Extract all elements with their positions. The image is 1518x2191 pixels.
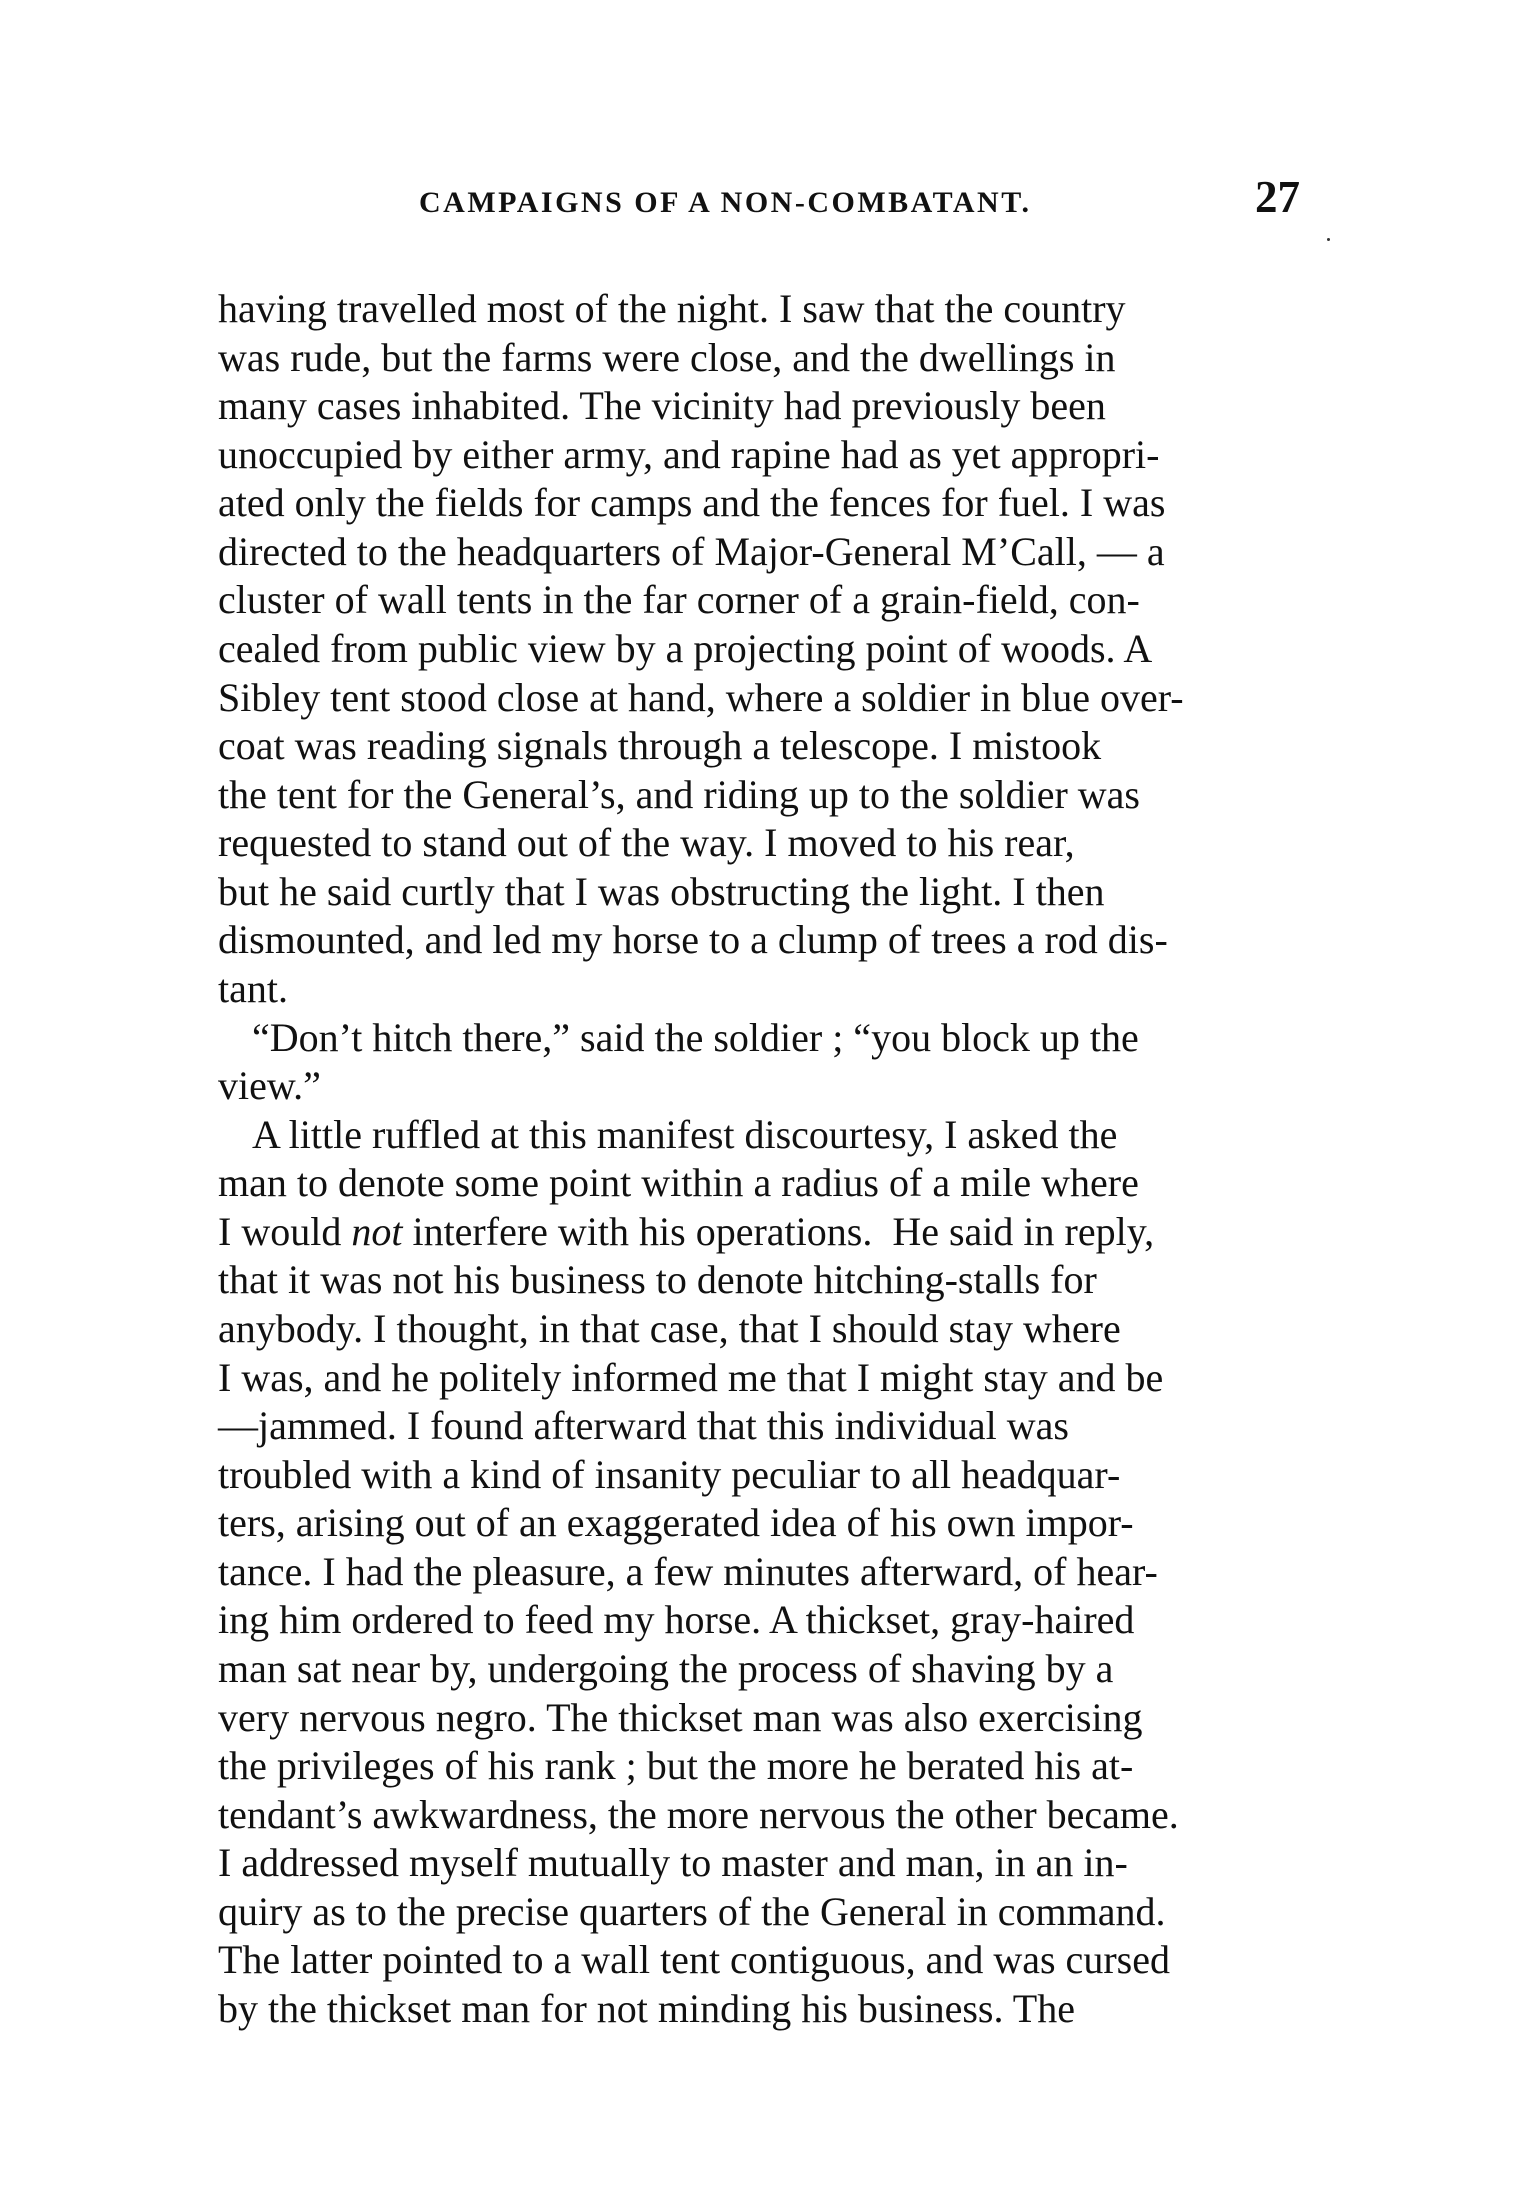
text-line: Sibley tent stood close at hand, where a… — [218, 674, 1300, 722]
text-line: coat was reading signals through a teles… — [218, 722, 1300, 770]
text-line: very nervous negro. The thickset man was… — [218, 1694, 1300, 1742]
text-line: tendant’s awkwardness, the more nervous … — [218, 1791, 1300, 1839]
text-line: dismounted, and led my horse to a clump … — [218, 916, 1300, 964]
text-line: A little ruffled at this manifest discou… — [218, 1111, 1300, 1159]
text-line: I was, and he politely informed me that … — [218, 1354, 1300, 1402]
text-line: man to denote some point within a radius… — [218, 1159, 1300, 1207]
text-line: that it was not his business to denote h… — [218, 1256, 1300, 1304]
running-head-title: CAMPAIGNS OF A NON-COMBATANT. — [419, 186, 1083, 220]
text-line: the privileges of his rank ; but the mor… — [218, 1742, 1300, 1790]
text-line: tant. — [218, 965, 1300, 1013]
text-line: —jammed. I found afterward that this ind… — [218, 1402, 1300, 1450]
book-page: CAMPAIGNS OF A NON-COMBATANT. 27 having … — [0, 0, 1518, 2191]
text-line: unoccupied by either army, and rapine ha… — [218, 431, 1300, 479]
print-speck — [1327, 238, 1330, 241]
text-line: ated only the fields for camps and the f… — [218, 479, 1300, 527]
text-line: troubled with a kind of insanity peculia… — [218, 1451, 1300, 1499]
text-run: I would — [218, 1209, 351, 1254]
text-line: view.” — [218, 1062, 1300, 1110]
text-line: having travelled most of the night. I sa… — [218, 285, 1300, 333]
text-line: I would not interfere with his operation… — [218, 1208, 1300, 1256]
text-line: cealed from public view by a projecting … — [218, 625, 1300, 673]
text-line: The latter pointed to a wall tent contig… — [218, 1936, 1300, 1984]
italic-emphasis: not — [351, 1209, 402, 1254]
text-line: directed to the headquarters of Major-Ge… — [218, 528, 1300, 576]
text-line: “Don’t hitch there,” said the soldier ; … — [218, 1014, 1300, 1062]
text-line: was rude, but the farms were close, and … — [218, 334, 1300, 382]
text-line: ing him ordered to feed my horse. A thic… — [218, 1596, 1300, 1644]
text-line: anybody. I thought, in that case, that I… — [218, 1305, 1300, 1353]
text-line: quiry as to the precise quarters of the … — [218, 1888, 1300, 1936]
text-run: interfere with his operations. He said i… — [402, 1209, 1154, 1254]
text-line: tance. I had the pleasure, a few minutes… — [218, 1548, 1300, 1596]
text-line: cluster of wall tents in the far corner … — [218, 576, 1300, 624]
text-line: ters, arising out of an exaggerated idea… — [218, 1499, 1300, 1547]
text-line: many cases inhabited. The vicinity had p… — [218, 382, 1300, 430]
page-number: 27 — [1246, 174, 1300, 220]
text-line: the tent for the General’s, and riding u… — [218, 771, 1300, 819]
text-line: by the thickset man for not minding his … — [218, 1985, 1300, 2033]
text-line: man sat near by, undergoing the process … — [218, 1645, 1300, 1693]
text-line: I addressed myself mutually to master an… — [218, 1839, 1300, 1887]
text-line: but he said curtly that I was obstructin… — [218, 868, 1300, 916]
text-line: requested to stand out of the way. I mov… — [218, 819, 1300, 867]
